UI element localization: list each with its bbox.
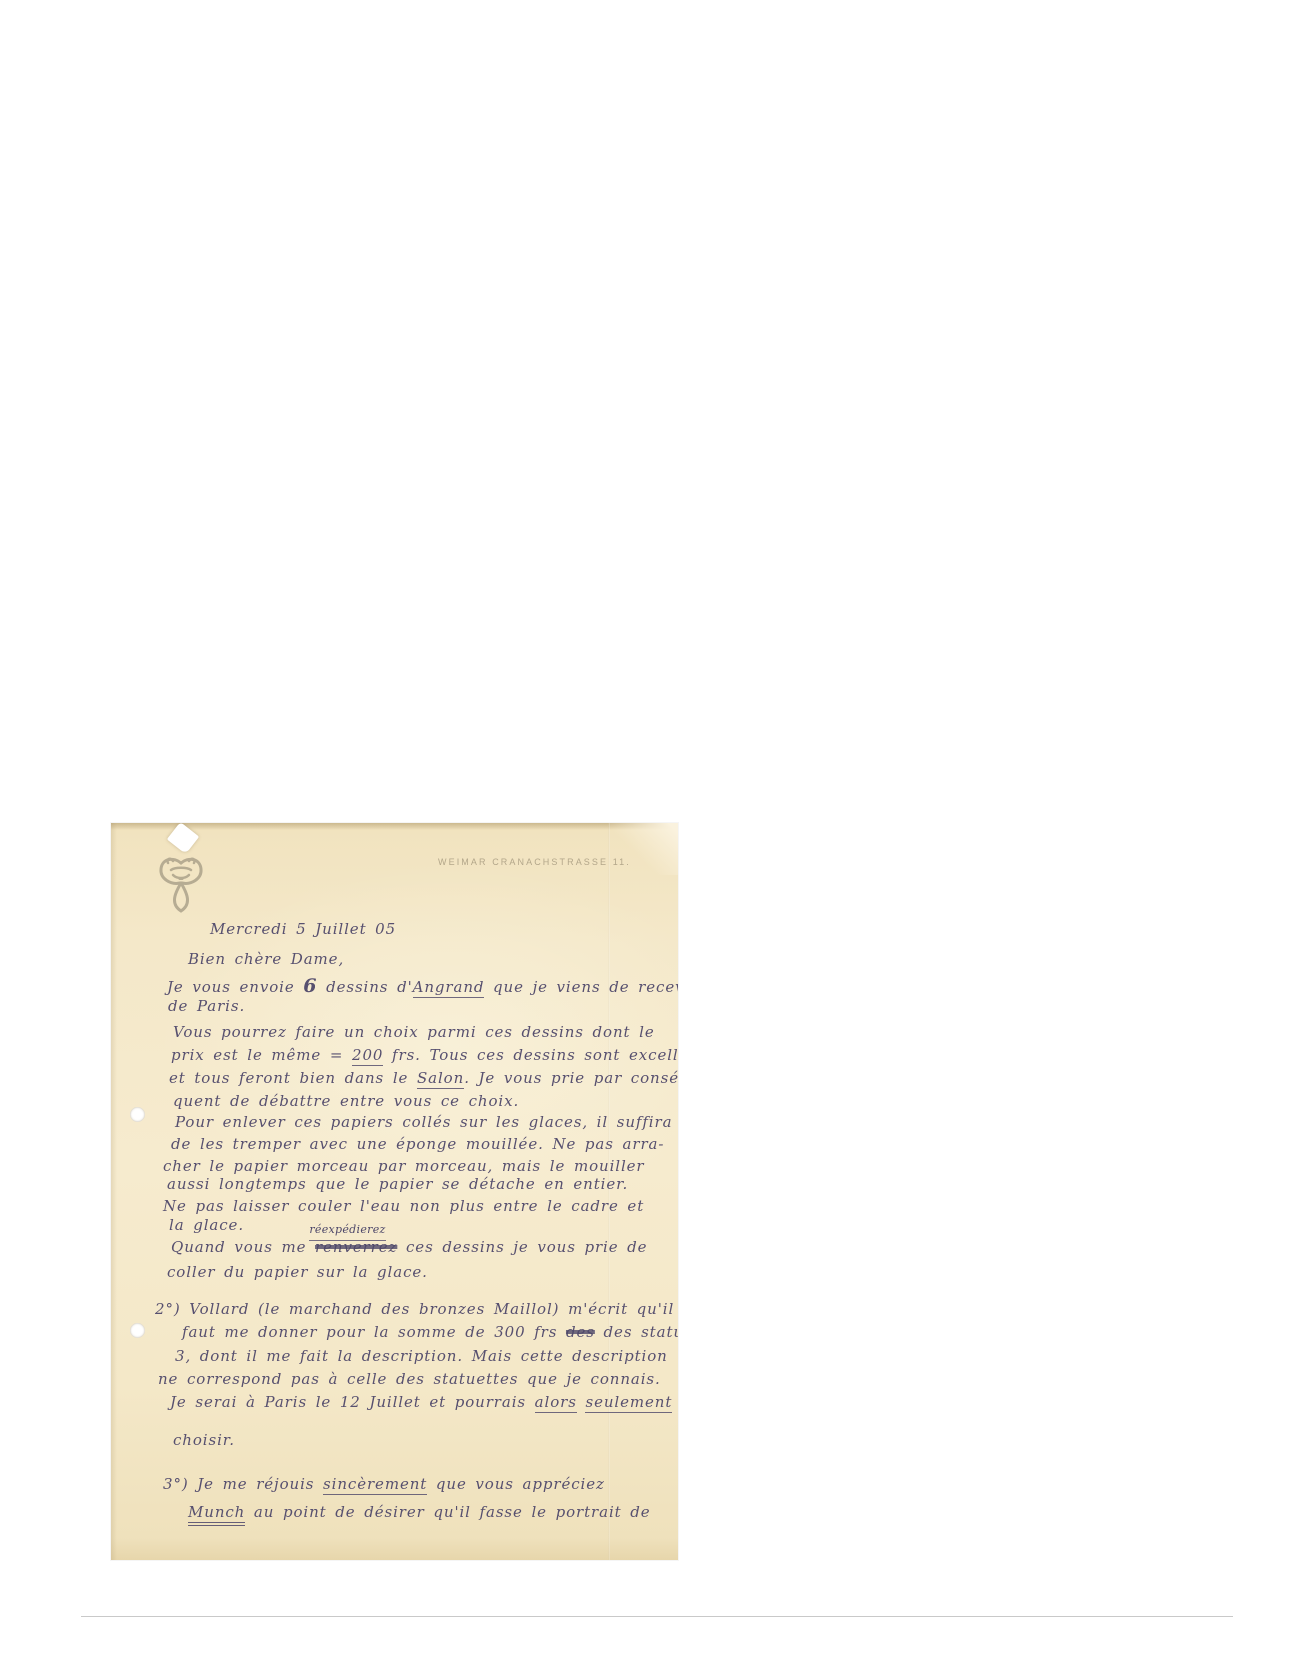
underlined-word: Munch	[188, 1503, 245, 1526]
letter-line: Quand vous me renverrezréexpédierez ces …	[171, 1237, 647, 1257]
letter-line: Je vous envoie 6 dessins d'Angrand que j…	[167, 976, 678, 997]
text-segment: aussi longtemps que le papier se détache…	[167, 1175, 628, 1193]
letter-line: Munch au point de désirer qu'il fasse le…	[188, 1502, 651, 1522]
text-segment: et tous feront bien dans le	[169, 1069, 417, 1087]
text-segment: dessins d'	[317, 978, 412, 996]
letter-line: prix est le même = 200 frs. Tous ces des…	[171, 1045, 678, 1065]
text-segment: . Je vous prie par consé-	[464, 1069, 678, 1087]
text-segment: faut me donner pour la somme de 300 frs	[182, 1323, 566, 1341]
letter-line: Vous pourrez faire un choix parmi ces de…	[173, 1022, 655, 1042]
text-segment: cher le papier morceau par morceau, mais…	[163, 1157, 645, 1175]
letter-line: 2°) Vollard (le marchand des bronzes Mai…	[155, 1299, 674, 1319]
text-segment: ces dessins je vous prie de	[397, 1238, 647, 1256]
letter-line: coller du papier sur la glace.	[167, 1262, 428, 1282]
underlined-word: Salon	[417, 1069, 464, 1089]
letter-scan: WEIMAR CRANACHSTRASSE 11. Mercredi 5 Jui…	[111, 823, 678, 1560]
text-segment: 3°) Je me réjouis	[163, 1475, 323, 1493]
letter-line: 3, dont il me fait la description. Mais …	[175, 1346, 668, 1366]
letter-line: la glace.	[169, 1215, 244, 1235]
struck-word: des	[566, 1323, 595, 1341]
text-segment: des statuettes —	[595, 1323, 678, 1341]
text-segment: coller du papier sur la glace.	[167, 1263, 428, 1281]
letter-line: Ne pas laisser couler l'eau non plus ent…	[163, 1196, 644, 1216]
text-segment: Mercredi 5 Juillet 05	[210, 920, 396, 938]
letter-line: quent de débattre entre vous ce choix.	[173, 1091, 519, 1111]
text-segment: prix est le même =	[171, 1046, 352, 1064]
letter-line: 3°) Je me réjouis sincèrement que vous a…	[163, 1474, 605, 1494]
letter-line: et tous feront bien dans le Salon. Je vo…	[169, 1068, 678, 1088]
letter-line: cher le papier morceau par morceau, mais…	[163, 1156, 645, 1176]
underlined-word: 200	[352, 1046, 383, 1066]
letter-line: Pour enlever ces papiers collés sur les …	[175, 1112, 672, 1132]
page: WEIMAR CRANACHSTRASSE 11. Mercredi 5 Jui…	[0, 0, 1301, 1672]
underlined-word: alors	[535, 1393, 577, 1413]
text-segment: Pour enlever ces papiers collés sur les …	[175, 1113, 672, 1131]
footer-divider	[81, 1616, 1233, 1617]
inserted-word-text: réexpédierez	[309, 1220, 385, 1241]
letter-line: Je serai à Paris le 12 Juillet et pourra…	[170, 1392, 672, 1412]
text-segment: que je viens de recevoir	[484, 978, 678, 996]
letter-line: ne correspond pas à celle des statuettes…	[158, 1369, 661, 1389]
text-segment: frs. Tous ces dessins sont excellents	[383, 1046, 678, 1064]
text-segment: au point de désirer qu'il fasse le portr…	[245, 1503, 650, 1521]
text-segment: 3, dont il me fait la description. Mais …	[175, 1347, 668, 1365]
letter-line: de les tremper avec une éponge mouillée.…	[171, 1134, 664, 1154]
letter-line: Bien chère Dame,	[188, 949, 344, 969]
text-segment: 6	[303, 975, 317, 997]
text-segment: que vous appréciez	[427, 1475, 605, 1493]
text-segment: de les tremper avec une éponge mouillée.…	[171, 1135, 664, 1153]
text-segment: choisir.	[173, 1431, 235, 1449]
letter-line: faut me donner pour la somme de 300 frs …	[182, 1322, 678, 1342]
letter-line: Mercredi 5 Juillet 05	[210, 919, 396, 939]
text-segment: quent de débattre entre vous ce choix.	[173, 1092, 519, 1110]
letter-line: choisir.	[173, 1430, 235, 1450]
letter-line: aussi longtemps que le papier se détache…	[167, 1174, 628, 1194]
text-segment: Je vous envoie	[167, 978, 303, 996]
underlined-word: Angrand	[413, 978, 485, 998]
text-segment: la glace.	[169, 1216, 244, 1234]
text-segment: Vous pourrez faire un choix parmi ces de…	[173, 1023, 655, 1041]
text-segment: de Paris.	[168, 997, 245, 1015]
text-segment: Bien chère Dame,	[188, 950, 344, 968]
text-segment: Quand vous me	[171, 1238, 315, 1256]
text-segment: Ne pas laisser couler l'eau non plus ent…	[163, 1197, 644, 1215]
letter-lines: Mercredi 5 Juillet 05Bien chère Dame,Je …	[111, 823, 678, 1560]
text-segment: Je serai à Paris le 12 Juillet et pourra…	[170, 1393, 535, 1411]
underlined-word: seulement	[585, 1393, 672, 1413]
underlined-word: sincèrement	[323, 1475, 427, 1495]
text-segment: 2°) Vollard (le marchand des bronzes Mai…	[155, 1300, 674, 1318]
letter-line: de Paris.	[168, 996, 245, 1016]
text-segment: ne correspond pas à celle des statuettes…	[158, 1370, 661, 1388]
